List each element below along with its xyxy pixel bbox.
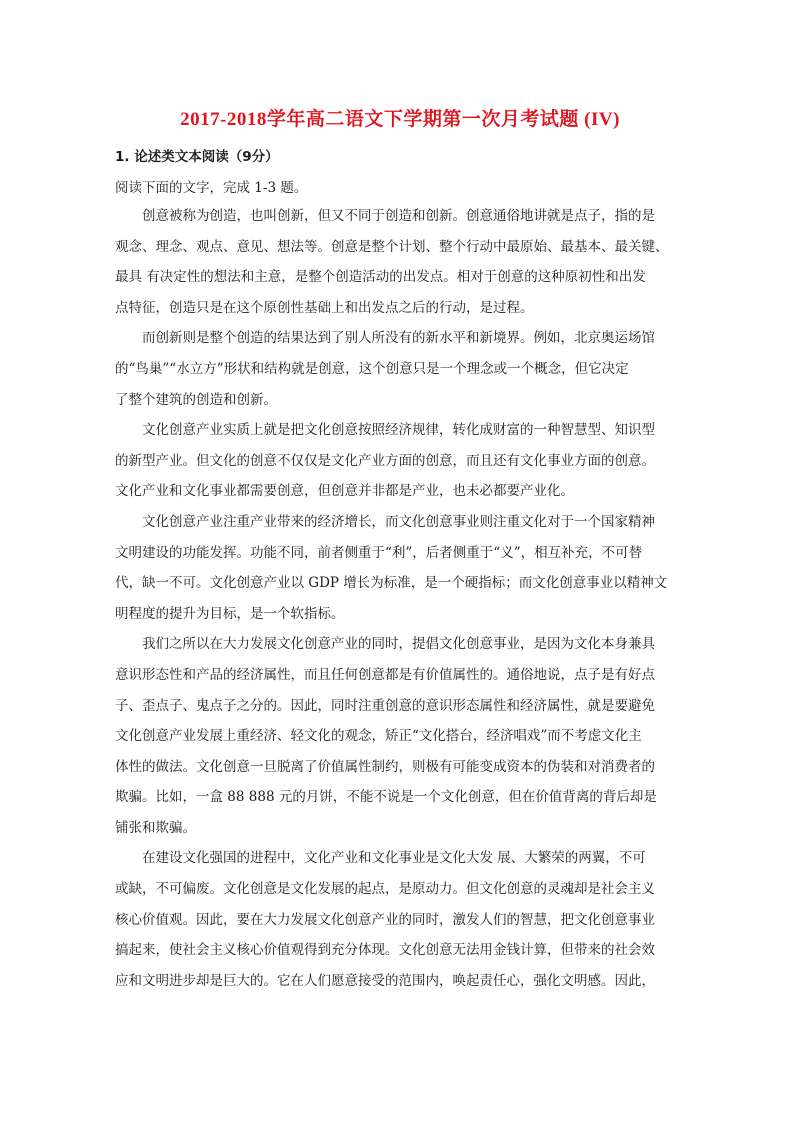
passage-line: 点特征，创造只是在这个原创性基础上和出发点之后的行动，是过程。 [115, 298, 685, 329]
passage-line: 文化产业和文化事业都需要创意，但创意并非都是产业，也未必都要产业化。 [115, 481, 685, 512]
passage-line: 文化创意产业注重产业带来的经济增长，而文化创意事业则注重文化对于一个国家精神 [115, 512, 685, 543]
passage-line: 体性的做法。文化创意一旦脱离了价值属性制约，则极有可能变成资本的伪装和对消费者的 [115, 757, 685, 788]
document-page: 2017-2018学年高二语文下学期第一次月考试题 (IV) 1. 论述类文本阅… [0, 0, 800, 1132]
passage-line: 观念、理念、观点、意见、想法等。创意是整个计划、整个行动中最原始、最基本、最关键… [115, 237, 685, 268]
passage-line: 铺张和欺骗。 [115, 818, 685, 849]
passage-line: 在建设文化强国的进程中，文化产业和文化事业是文化大发 展、大繁荣的两翼，不可 [115, 848, 685, 879]
page-title: 2017-2018学年高二语文下学期第一次月考试题 (IV) [0, 104, 800, 131]
passage-line: 意识形态性和产品的经济属性，而且任何创意都是有价值属性的。通俗地说，点子是有好点 [115, 665, 685, 696]
passage-line: 欺骗。比如，一盒 88 888 元的月饼，不能不说是一个文化创意，但在价值背离的… [115, 787, 685, 818]
passage-body: 创意被称为创造，也叫创新，但又不同于创造和创新。创意通俗地讲就是点子，指的是观念… [115, 206, 685, 1001]
passage-line: 的新型产业。但文化的创意不仅仅是文化产业方面的创意，而且还有文化事业方面的创意。 [115, 451, 685, 482]
passage-line: 子、歪点子、鬼点子之分的。因此，同时注重创意的意识形态属性和经济属性，就是要避免 [115, 696, 685, 727]
passage-line: 代，缺一不可。文化创意产业以 GDP 增长为标准，是一个硬指标；而文化创意事业以… [115, 573, 685, 604]
passage-line: 最具 有决定性的想法和主意，是整个创造活动的出发点。相对于创意的这种原初性和出发 [115, 267, 685, 298]
passage-line: 明程度的提升为目标，是一个软指标。 [115, 604, 685, 635]
passage-line: 核心价值观。因此，要在大力发展文化创意产业的同时，激发人们的智慧，把文化创意事业 [115, 910, 685, 941]
passage-line: 搞起来，使社会主义核心价值观得到充分体现。文化创意无法用金钱计算，但带来的社会效 [115, 940, 685, 971]
passage-line: 的“鸟巢”“水立方”形状和结构就是创意，这个创意只是一个理念或一个概念，但它决定 [115, 359, 685, 390]
passage-line: 文明建设的功能发挥。功能不同，前者侧重于“利”，后者侧重于“义”，相互补充，不可… [115, 543, 685, 574]
passage-line: 了整个建筑的创造和创新。 [115, 390, 685, 421]
passage-line: 文化创意产业发展上重经济、轻文化的观念，矫正“文化搭台，经济唱戏”而不考虑文化主 [115, 726, 685, 757]
section-heading: 1. 论述类文本阅读（9分） [115, 145, 279, 165]
passage-line: 创意被称为创造，也叫创新，但又不同于创造和创新。创意通俗地讲就是点子，指的是 [115, 206, 685, 237]
passage-line: 我们之所以在大力发展文化创意产业的同时，提倡文化创意事业，是因为文化本身兼具 [115, 634, 685, 665]
passage-line: 而创新则是整个创造的结果达到了别人所没有的新水平和新境界。例如，北京奥运场馆 [115, 328, 685, 359]
instruction-text: 阅读下面的文字，完成 1-3 题。 [115, 176, 307, 196]
passage-line: 文化创意产业实质上就是把文化创意按照经济规律，转化成财富的一种智慧型、知识型 [115, 420, 685, 451]
passage-line: 应和文明进步却是巨大的。它在人们愿意接受的范围内，唤起责任心，强化文明感。因此， [115, 971, 685, 1002]
passage-line: 或缺，不可偏废。文化创意是文化发展的起点，是原动力。但文化创意的灵魂却是社会主义 [115, 879, 685, 910]
